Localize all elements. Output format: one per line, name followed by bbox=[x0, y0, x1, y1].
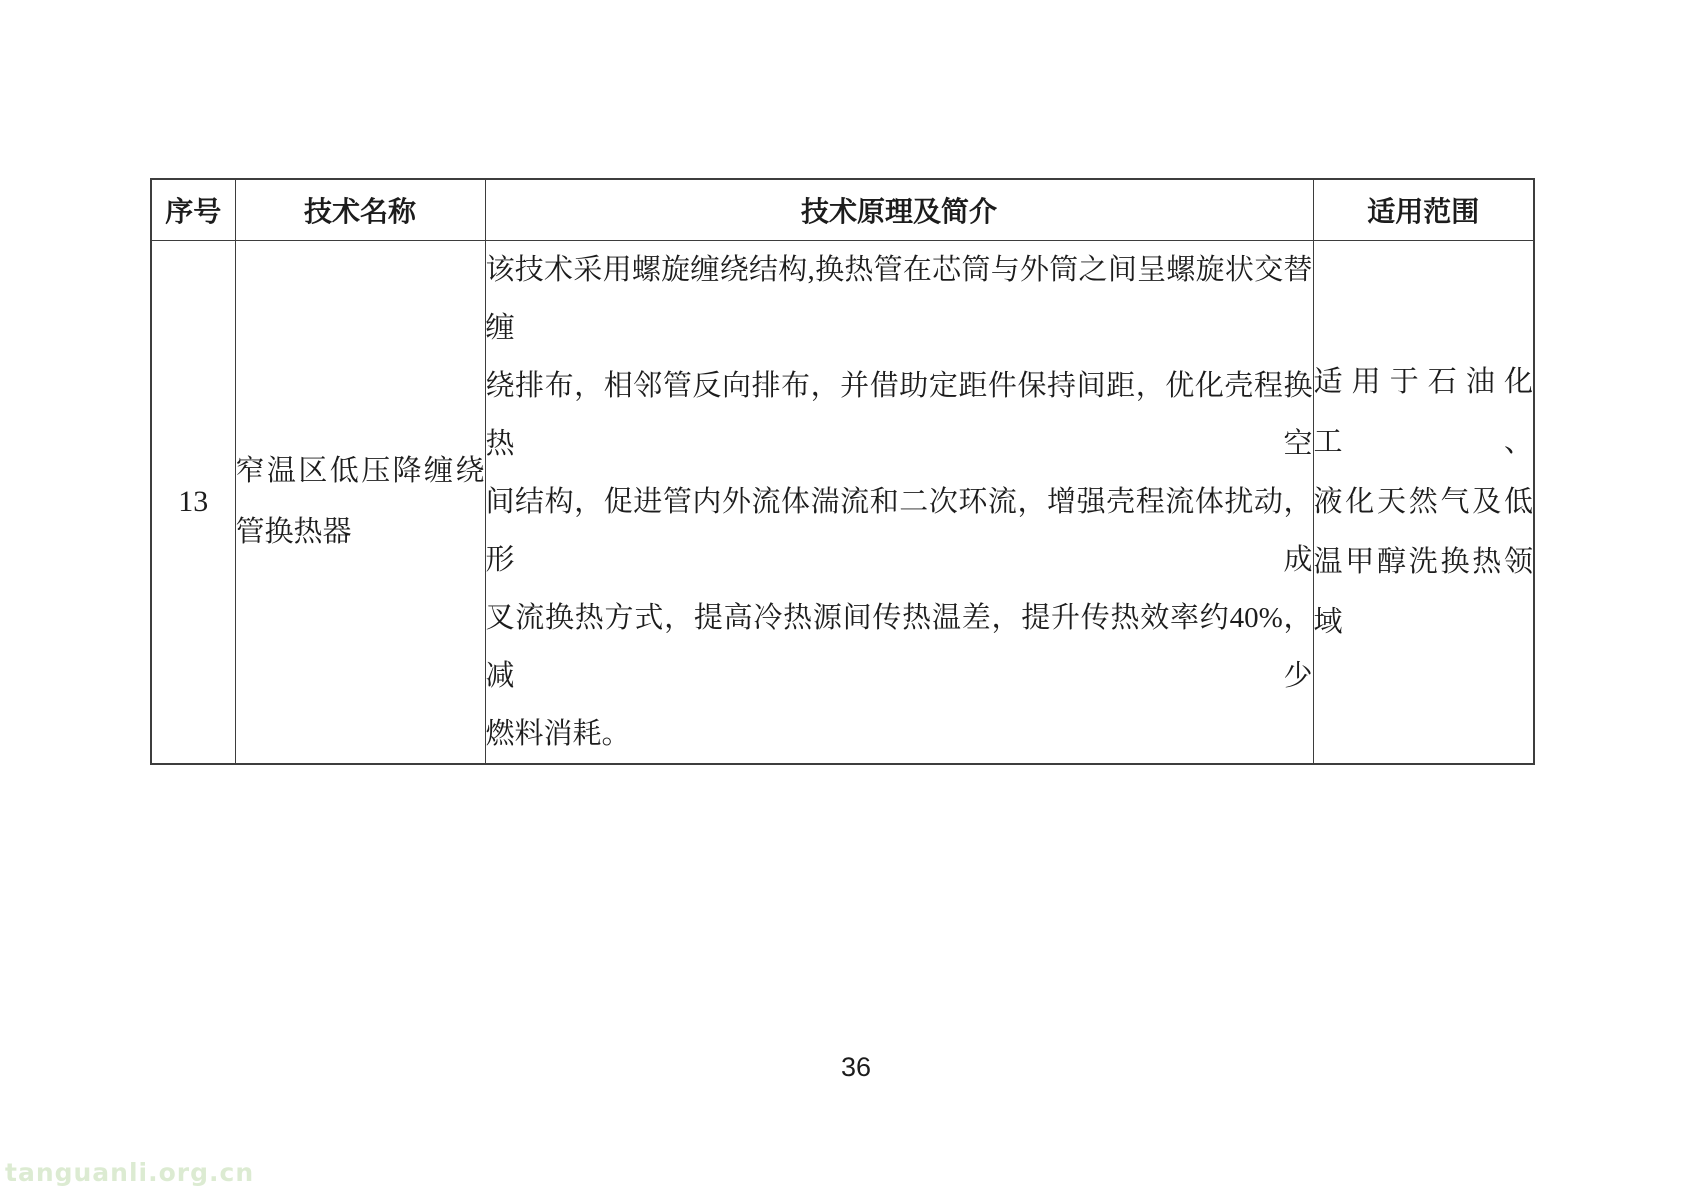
header-tech-principle: 技术原理及简介 bbox=[485, 179, 1313, 241]
technology-table: 序号 技术名称 技术原理及简介 适用范围 13 窄温区低压降缠绕 管换热器 该技… bbox=[150, 178, 1535, 765]
principle-line-4: 叉流换热方式，提高冷热源间传热温差，提升传热效率约40%，减少 bbox=[486, 589, 1313, 705]
header-scope: 适用范围 bbox=[1313, 179, 1534, 241]
header-index: 序号 bbox=[151, 179, 235, 241]
tech-name-line-1: 窄温区低压降缠绕 bbox=[236, 441, 485, 502]
cell-scope: 适用于石油化工、 液化天然气及低 温甲醇洗换热领 域 bbox=[1313, 241, 1534, 765]
scope-line-3: 温甲醇洗换热领 bbox=[1314, 532, 1534, 592]
cell-tech-principle: 该技术采用螺旋缠绕结构,换热管在芯筒与外筒之间呈螺旋状交替缠 绕排布，相邻管反向… bbox=[485, 241, 1313, 765]
page-number: 36 bbox=[796, 1052, 916, 1083]
principle-line-3: 间结构，促进管内外流体湍流和二次环流，增强壳程流体扰动，形成 bbox=[486, 473, 1313, 589]
principle-line-5: 燃料消耗。 bbox=[486, 705, 1313, 763]
table-header-row: 序号 技术名称 技术原理及简介 适用范围 bbox=[151, 179, 1534, 241]
document-page: 序号 技术名称 技术原理及简介 适用范围 13 窄温区低压降缠绕 管换热器 该技… bbox=[0, 0, 1683, 1190]
cell-index: 13 bbox=[151, 241, 235, 765]
principle-line-2: 绕排布，相邻管反向排布，并借助定距件保持间距，优化壳程换热空 bbox=[486, 357, 1313, 473]
watermark: tanguanli.org.cn bbox=[5, 1158, 254, 1187]
header-tech-name: 技术名称 bbox=[235, 179, 485, 241]
tech-name-line-2: 管换热器 bbox=[236, 502, 485, 563]
scope-line-1: 适用于石油化工、 bbox=[1314, 352, 1534, 472]
scope-line-2: 液化天然气及低 bbox=[1314, 472, 1534, 532]
cell-tech-name: 窄温区低压降缠绕 管换热器 bbox=[235, 241, 485, 765]
scope-line-4: 域 bbox=[1314, 592, 1534, 652]
table-row: 13 窄温区低压降缠绕 管换热器 该技术采用螺旋缠绕结构,换热管在芯筒与外筒之间… bbox=[151, 241, 1534, 765]
principle-line-1: 该技术采用螺旋缠绕结构,换热管在芯筒与外筒之间呈螺旋状交替缠 bbox=[486, 241, 1313, 357]
